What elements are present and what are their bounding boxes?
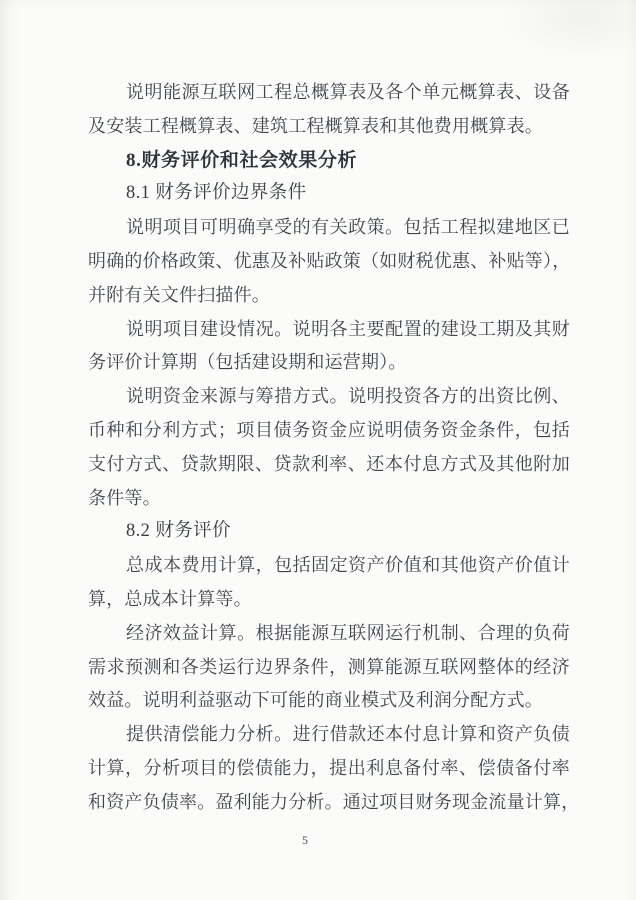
text-line: 说明项目可明确享受的有关政策。包括工程拟建地区已 [88, 211, 570, 245]
text-line: 需求预测和各类运行边界条件，测算能源互联网整体的经济 [88, 651, 570, 685]
page-number-footer: 5 [0, 833, 610, 848]
text-line: 务评价计算期（包括建设期和运营期）。 [88, 346, 570, 380]
text-line: 计算，分析项目的偿债能力，提出利息备付率、偿债备付率 [88, 752, 570, 786]
text-line: 条件等。 [88, 482, 570, 516]
text-line: 说明资金来源与筹措方式。说明投资各方的出资比例、 [88, 380, 570, 414]
scanned-document-page: 说明能源互联网工程总概算表及各个单元概算表、设备及安装工程概算表、建筑工程概算表… [0, 0, 636, 900]
text-line: 明确的价格政策、优惠及补贴政策（如财税优惠、补贴等）， [88, 245, 570, 279]
page-number: 5 [302, 833, 308, 847]
text-line: 及安装工程概算表、建筑工程概算表和其他费用概算表。 [88, 110, 570, 144]
section-heading: 8.财务评价和社会效果分析 [88, 144, 570, 178]
text-line: 算，总成本计算等。 [88, 583, 570, 617]
text-line: 效益。说明利益驱动下可能的商业模式及利润分配方式。 [88, 684, 570, 718]
text-line: 币种和分利方式；项目债务资金应说明债务资金条件，包括 [88, 414, 570, 448]
document-text-block: 说明能源互联网工程总概算表及各个单元概算表、设备及安装工程概算表、建筑工程概算表… [88, 76, 570, 820]
text-line: 说明项目建设情况。说明各主要配置的建设工期及其财 [88, 313, 570, 347]
text-line: 提供清偿能力分析。进行借款还本付息计算和资产负债 [88, 718, 570, 752]
text-line: 和资产负债率。盈利能力分析。通过项目财务现金流量计算， [88, 786, 570, 820]
subsection-heading-1: 8.1 财务评价边界条件 [88, 177, 570, 211]
subsection-heading-2: 8.2 财务评价 [88, 515, 570, 549]
text-line: 总成本费用计算，包括固定资产价值和其他资产价值计 [88, 549, 570, 583]
text-line: 支付方式、贷款期限、贷款利率、还本付息方式及其他附加 [88, 448, 570, 482]
text-line: 经济效益计算。根据能源互联网运行机制、合理的负荷 [88, 617, 570, 651]
text-line: 说明能源互联网工程总概算表及各个单元概算表、设备 [88, 76, 570, 110]
text-line: 并附有关文件扫描件。 [88, 279, 570, 313]
